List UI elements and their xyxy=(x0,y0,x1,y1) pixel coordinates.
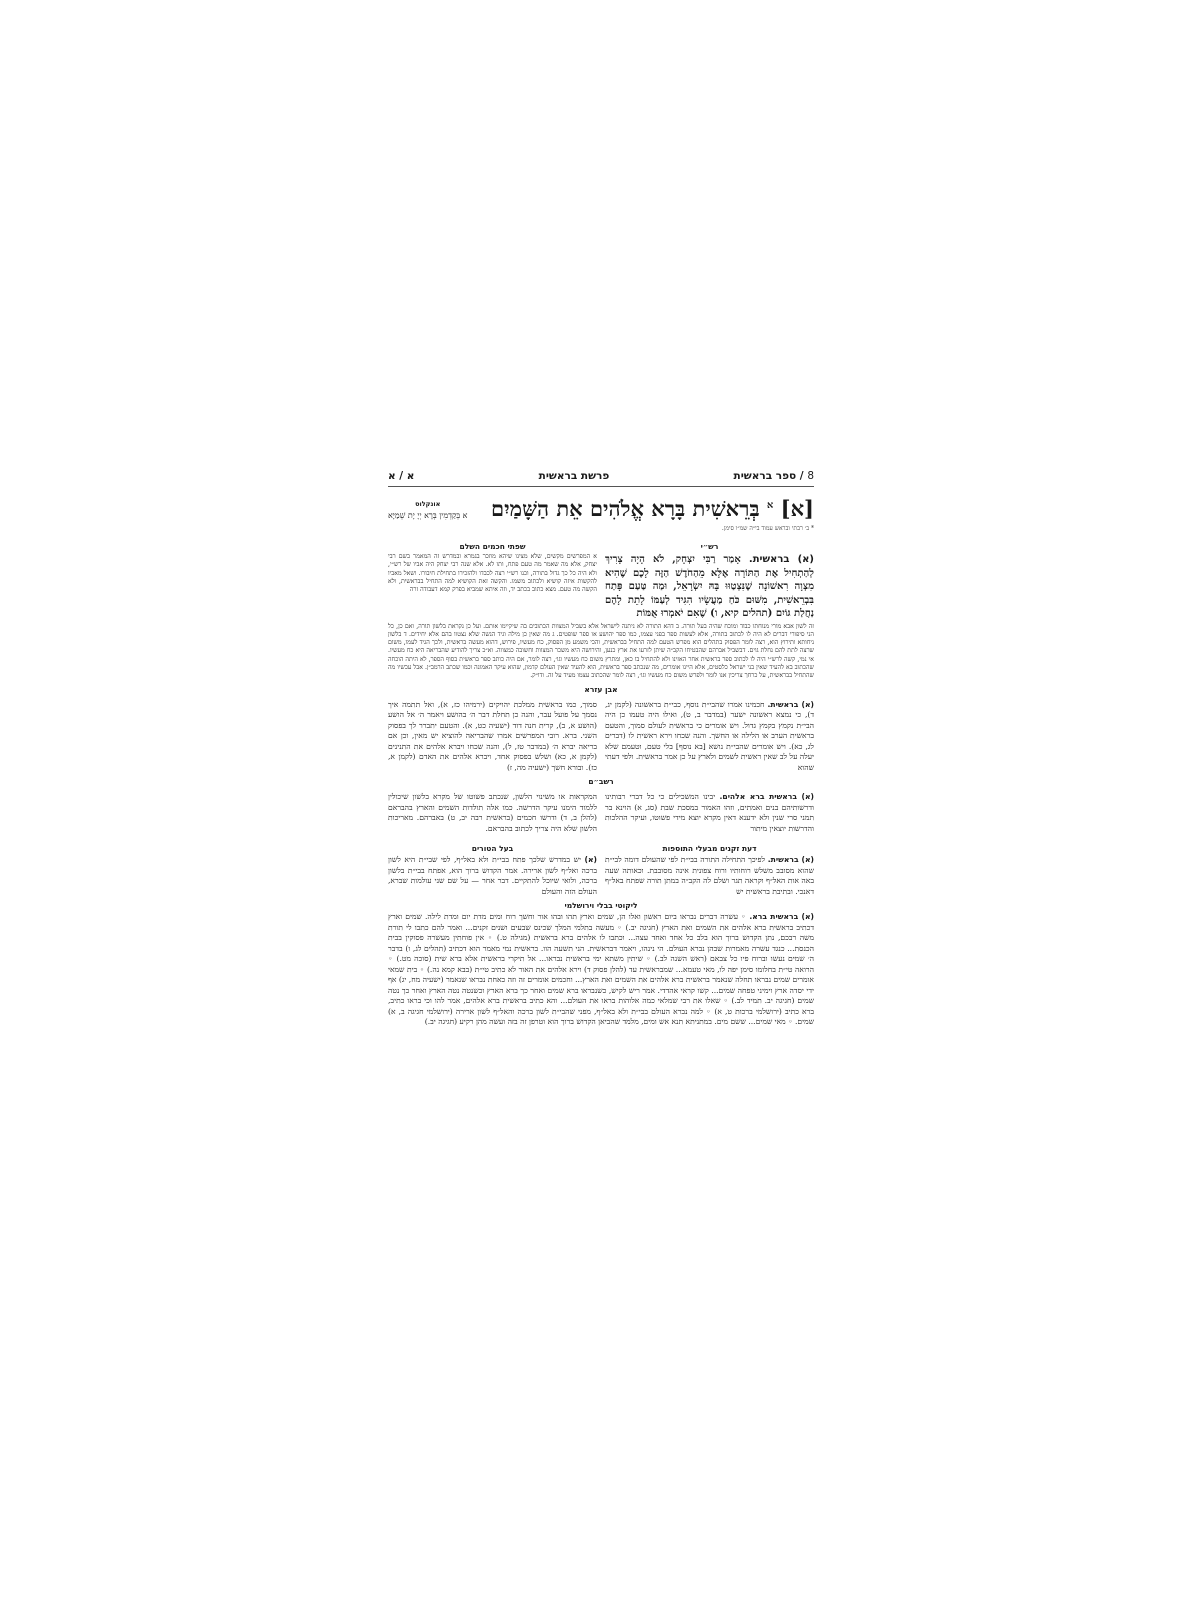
ibn-ezra-body: (א) בראשית. חכמינו אמרו שהבי״ת נוסף, כבי… xyxy=(388,700,814,774)
page-number: 8 xyxy=(807,470,814,482)
verse-marker: א xyxy=(767,500,773,511)
likutei-text: (א) בראשית ברא. ◦ עשרה דברים נבראו ביום … xyxy=(388,912,814,1028)
verse-footnote: * ב׳ רבתי ובראש עמוד בי״ה שמ״ו סימן. xyxy=(388,525,814,532)
verse-text: בְּרֵאשִׁית בָּרָא אֱלֹהִים אֵת הַשָּׁמַ… xyxy=(491,496,760,521)
ibn-ezra-left: סמוך, כמו בראשית ממלכת יהויקים (ירמיהו כ… xyxy=(388,700,597,774)
onkelos-text: א בְּקַדְמִין בְּרָא יְיָ יָת שְׁמַיָּא xyxy=(388,511,467,520)
chapter-verse-ref: א / א xyxy=(388,470,414,482)
baal-haturim-title: בעל הטורים xyxy=(388,844,597,853)
rashi-title: רש״י xyxy=(605,542,814,551)
rashbam-body: (א) בראשית ברא אלהים. יבינו המשכילים כי … xyxy=(388,792,814,834)
onkelos-block: אונקלוס א בְּקַדְמִין בְּרָא יְיָ יָת שְ… xyxy=(388,498,467,522)
ibn-ezra-right: (א) בראשית. חכמינו אמרו שהבי״ת נוסף, כבי… xyxy=(605,700,814,774)
daat-baal-row: דעת זקנים מבעלי התוספות (א) בראשית. לפיכ… xyxy=(388,840,814,897)
onkelos-label: אונקלוס xyxy=(388,498,467,510)
parsha-title: פרשת בראשית xyxy=(539,470,610,482)
rashbam-title: רשב״ם xyxy=(388,777,814,786)
verse-label: [א] xyxy=(781,496,814,521)
running-head: 8 / ספר בראשית פרשת בראשית א / א xyxy=(388,470,814,487)
book-page: 8 / ספר בראשית פרשת בראשית א / א [א] א ב… xyxy=(388,470,814,1028)
daat-zekenim-column: דעת זקנים מבעלי התוספות (א) בראשית. לפיכ… xyxy=(605,840,814,897)
daat-zekenim-title: דעת זקנים מבעלי התוספות xyxy=(605,844,814,853)
siftei-chachamim-column: שפתי חכמים השלם א המפרשים מקשים, שלא מצי… xyxy=(388,538,597,621)
baal-haturim-column: בעל הטורים (א) יש במדרש שלכך פתח בבי״ת ו… xyxy=(388,840,597,897)
likutei-title: ליקוטי בבלי וירושלמי xyxy=(388,901,814,910)
rashi-text: (א) בראשית. אָמַר רַבִּי יִצְחָק, לֹא הָ… xyxy=(605,553,814,621)
rashi-column: רש״י (א) בראשית. אָמַר רַבִּי יִצְחָק, ל… xyxy=(605,538,814,621)
torah-verse: [א] א בְּרֵאשִׁית בָּרָא אֱלֹהִים אֵת הַ… xyxy=(491,493,814,522)
siftei-chachamim-continuation: זה לשון אבא מורי מנוחתו כבוד ומוכח שהיה … xyxy=(388,623,814,681)
siftei-chachamim-text: א המפרשים מקשים, שלא מצינו שיהא מוזכר בג… xyxy=(388,553,597,594)
daat-zekenim-text: (א) בראשית. לפיכך התחילה התורה בבי״ת לפי… xyxy=(605,855,814,897)
verse-row: [א] א בְּרֵאשִׁית בָּרָא אֱלֹהִים אֵת הַ… xyxy=(388,493,814,522)
book-title: 8 / ספר בראשית xyxy=(734,470,814,482)
rashi-siftei-row: רש״י (א) בראשית. אָמַר רַבִּי יִצְחָק, ל… xyxy=(388,538,814,621)
ibn-ezra-title: אבן עזרא xyxy=(388,685,814,694)
rashbam-right: (א) בראשית ברא אלהים. יבינו המשכילים כי … xyxy=(605,792,814,834)
siftei-chachamim-title: שפתי חכמים השלם xyxy=(388,542,597,551)
rashbam-left: המקראות או משינוי הלשון, שנכתב פשוטו של … xyxy=(388,792,597,834)
baal-haturim-text: (א) יש במדרש שלכך פתח בבי״ת ולא באל״ף, ל… xyxy=(388,855,597,897)
